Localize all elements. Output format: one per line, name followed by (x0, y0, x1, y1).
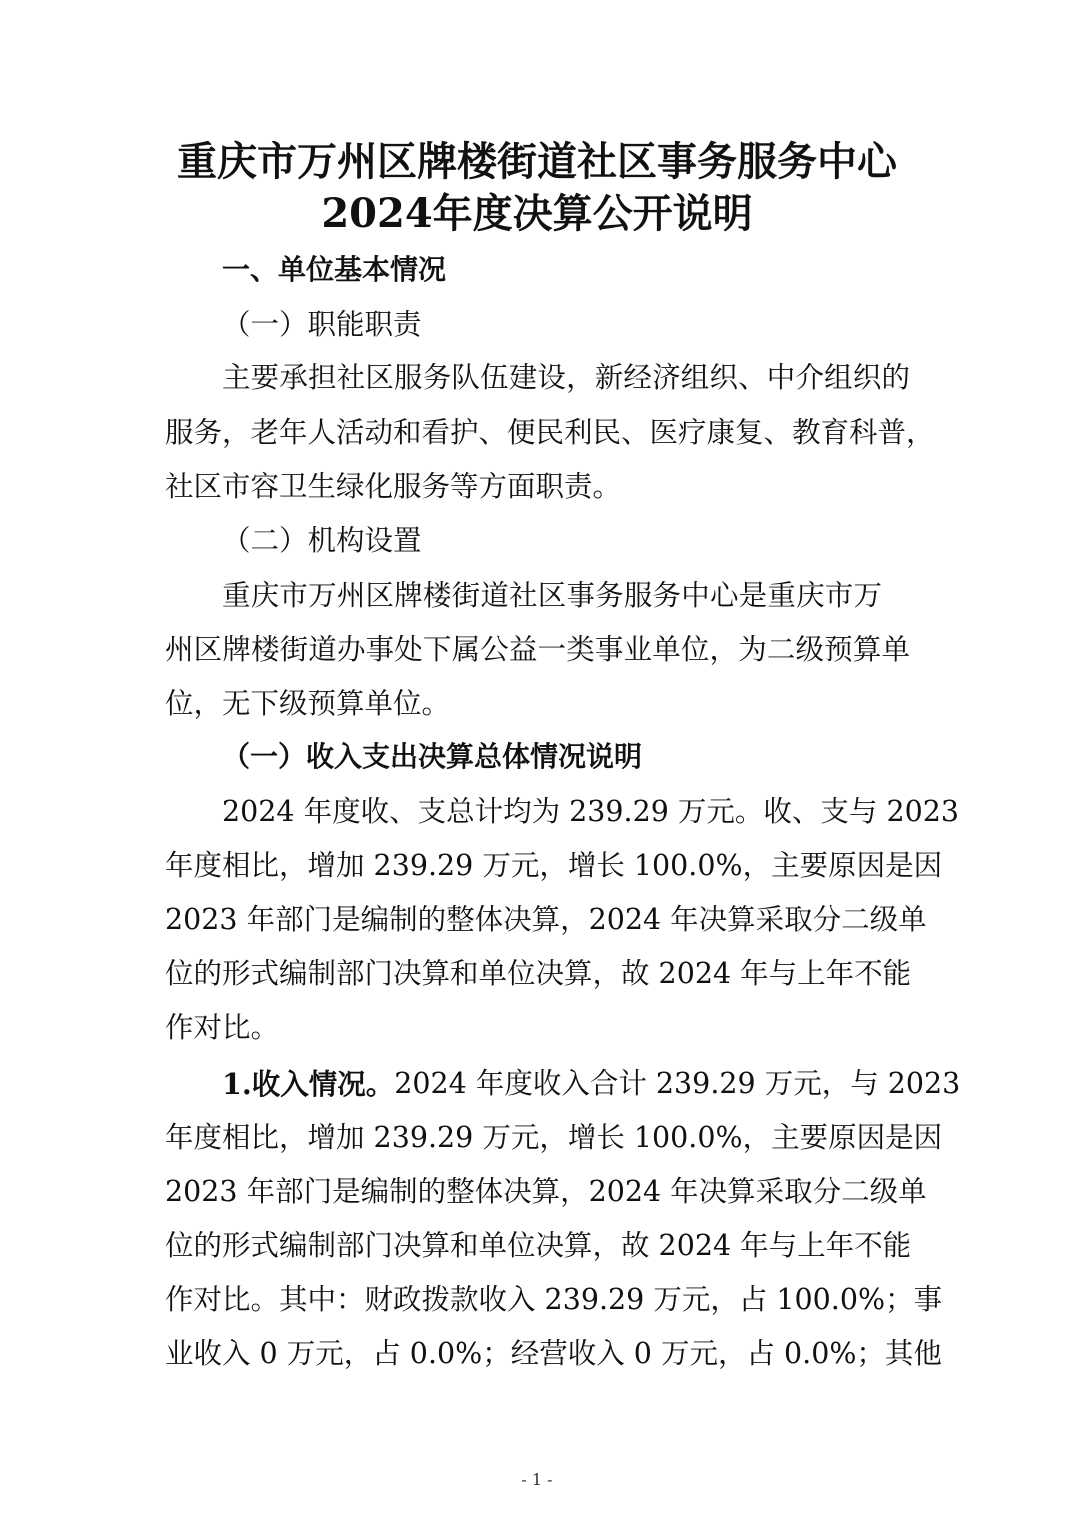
paragraph-line: 服务，老年人活动和看护、便民利民、医疗康复、教育科普， (165, 413, 910, 453)
paragraph-line: 2023 年部门是编制的整体决算，2024 年决算采取分二级单 (165, 1172, 910, 1212)
section-heading-income-expense-overview: （一）收入支出决算总体情况说明 (222, 737, 642, 777)
paragraph-line-income-lead: 1.收入情况。2024 年度收入合计 239.29 万元，与 2023 (222, 1064, 910, 1104)
paragraph-line: 重庆市万州区牌楼街道社区事务服务中心是重庆市万 (222, 576, 882, 616)
paragraph-line: 州区牌楼街道办事处下属公益一类事业单位，为二级预算单 (165, 630, 910, 670)
subheading-functions: （一）职能职责 (222, 305, 422, 345)
paragraph-line: 社区市容卫生绿化服务等方面职责。 (165, 467, 910, 507)
paragraph-line: 业收入 0 万元，占 0.0%；经营收入 0 万元，占 0.0%；其他 (165, 1334, 910, 1374)
paragraph-line: 位的形式编制部门决算和单位决算，故 2024 年与上年不能 (165, 1226, 910, 1266)
paragraph-line: 2024 年度收、支总计均为 239.29 万元。收、支与 2023 (222, 792, 910, 832)
paragraph-line: 位，无下级预算单位。 (165, 684, 910, 724)
paragraph-line: 位的形式编制部门决算和单位决算，故 2024 年与上年不能 (165, 954, 910, 994)
paragraph-line: 作对比。其中：财政拨款收入 239.29 万元，占 100.0%；事 (165, 1280, 910, 1320)
paragraph-line: 2023 年部门是编制的整体决算，2024 年决算采取分二级单 (165, 900, 910, 940)
income-situation-label: 1.收入情况。 (222, 1064, 394, 1104)
subheading-organization: （二）机构设置 (222, 521, 422, 561)
income-situation-text: 2024 年度收入合计 239.29 万元，与 2023 (394, 1064, 960, 1104)
document-page: 重庆市万州区牌楼街道社区事务服务中心 2024年度决算公开说明 一、单位基本情况… (0, 0, 1074, 1520)
document-title-line-2: 2024年度决算公开说明 (0, 186, 1074, 242)
section-heading-basic-info: 一、单位基本情况 (222, 250, 446, 290)
paragraph-line: 年度相比，增加 239.29 万元，增长 100.0%，主要原因是因 (165, 1118, 910, 1158)
document-title-line-1: 重庆市万州区牌楼街道社区事务服务中心 (0, 134, 1074, 190)
paragraph-line: 年度相比，增加 239.29 万元，增长 100.0%，主要原因是因 (165, 846, 910, 886)
paragraph-line: 作对比。 (165, 1008, 910, 1048)
paragraph-line: 主要承担社区服务队伍建设，新经济组织、中介组织的 (222, 358, 910, 398)
page-number: - 1 - (0, 1470, 1074, 1489)
